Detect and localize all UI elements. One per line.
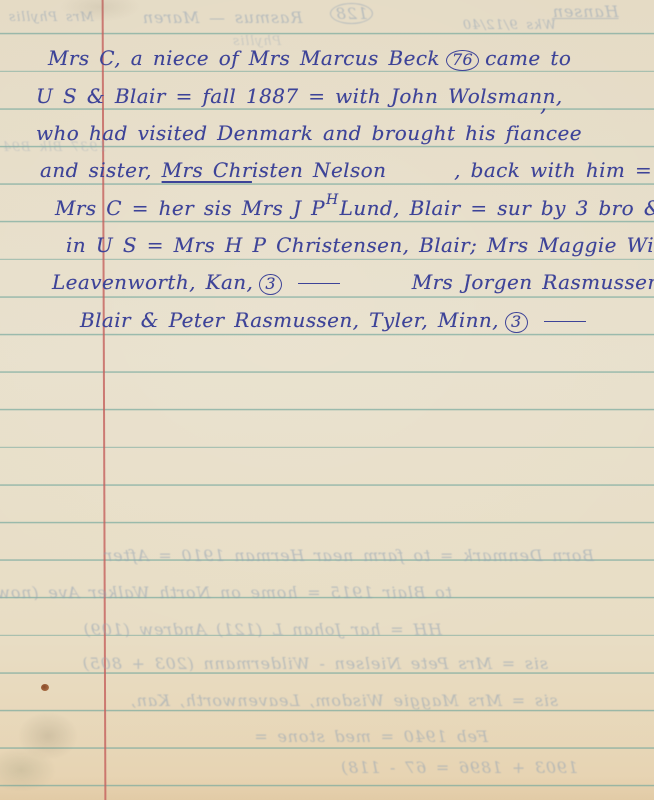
handwritten-line-3: who had visited Denmark and brought his … (36, 121, 582, 145)
circled-number: 76 (446, 50, 479, 71)
ghost-line: HH = har Johan L (121) Andrew (109) (112, 620, 442, 639)
handwritten-line-2: U S & Blair = fall 1887 = with John Wols… (36, 84, 563, 108)
circled-number: 3 (505, 312, 528, 333)
text-segment: U S & Blair = fall 1887 = with John Wols… (36, 84, 563, 108)
handwritten-line-5: Mrs C = her sis Mrs J PHLund, Blair = su… (55, 196, 654, 220)
stray-comma: , (540, 92, 547, 117)
ghost-line: Hansen (552, 2, 619, 21)
text-segment: Mrs C = her sis Mrs J P (55, 196, 325, 220)
ruled-lines (0, 0, 654, 800)
text-segment: Lund, Blair = sur by 3 bro & 3 sis (340, 196, 654, 220)
text-segment: and sister, (40, 158, 152, 182)
ink-spot-stain (41, 684, 49, 691)
ghost-line: 128 (326, 3, 377, 24)
handwritten-line-8: Blair & Peter Rasmussen, Tyler, Minn,3 (80, 308, 586, 333)
text-segment: in U S = Mrs H P Christensen, Blair; Mrs… (66, 233, 654, 257)
inserted-superscript: H (326, 192, 339, 208)
dash-stroke (544, 321, 586, 322)
ghost-line: Wks 9/12/40 (462, 18, 556, 33)
text-segment: isten Nelson (252, 158, 387, 182)
text-segment: Leavenworth, Kan, (52, 270, 253, 294)
ghost-line: Feb 1940 = med stone = (248, 727, 488, 746)
ghost-line: 1903 + 1896 = 67 - 118) (288, 758, 578, 777)
text-segment: came to (485, 46, 571, 70)
ghost-line: to Blair 1915 = home on North Walker Ave… (52, 583, 452, 602)
text-segment: Mrs Jorgen Rasmussen, (412, 270, 654, 294)
notebook-paper: Hansen Rasmus — Maren 128 Wks 9/12/40 Mr… (0, 0, 654, 800)
underlined-text: Mrs Chr (162, 158, 252, 182)
text-segment: who had visited Denmark and brought his … (36, 121, 582, 145)
ghost-line: Born Denmark = to farm near Herman 1910 … (34, 546, 594, 565)
handwritten-line-4: and sister, Mrs Christen Nelson , back w… (40, 158, 652, 182)
text-segment: Blair & Peter Rasmussen, Tyler, Minn, (80, 308, 499, 332)
dash-stroke (298, 283, 340, 284)
handwritten-line-1: Mrs C, a niece of Mrs Marcus Beck76came … (48, 46, 571, 71)
ghost-circled-number: 128 (330, 3, 373, 24)
handwritten-line-6: in U S = Mrs H P Christensen, Blair; Mrs… (66, 233, 654, 257)
scanned-notebook-page: { "colors": { "paper": "#e7ddc7", "rule_… (0, 0, 654, 800)
text-segment: Mrs C, a niece of Mrs Marcus Beck (48, 46, 440, 70)
paper-wrap: Hansen Rasmus — Maren 128 Wks 9/12/40 Mr… (0, 0, 654, 800)
handwritten-line-7: Leavenworth, Kan,3 Mrs Jorgen Rasmussen, (52, 270, 654, 295)
ghost-line: sis = Mrs Maggie Wisdom, Leavenworth, Ka… (118, 691, 558, 710)
ghost-line: Rasmus — Maren (142, 8, 303, 27)
ghost-line: sis = Mrs Pete Nielsen - Wildermann (203… (118, 654, 548, 673)
text-segment: , back with him = (454, 158, 652, 182)
circled-number: 3 (259, 274, 282, 295)
